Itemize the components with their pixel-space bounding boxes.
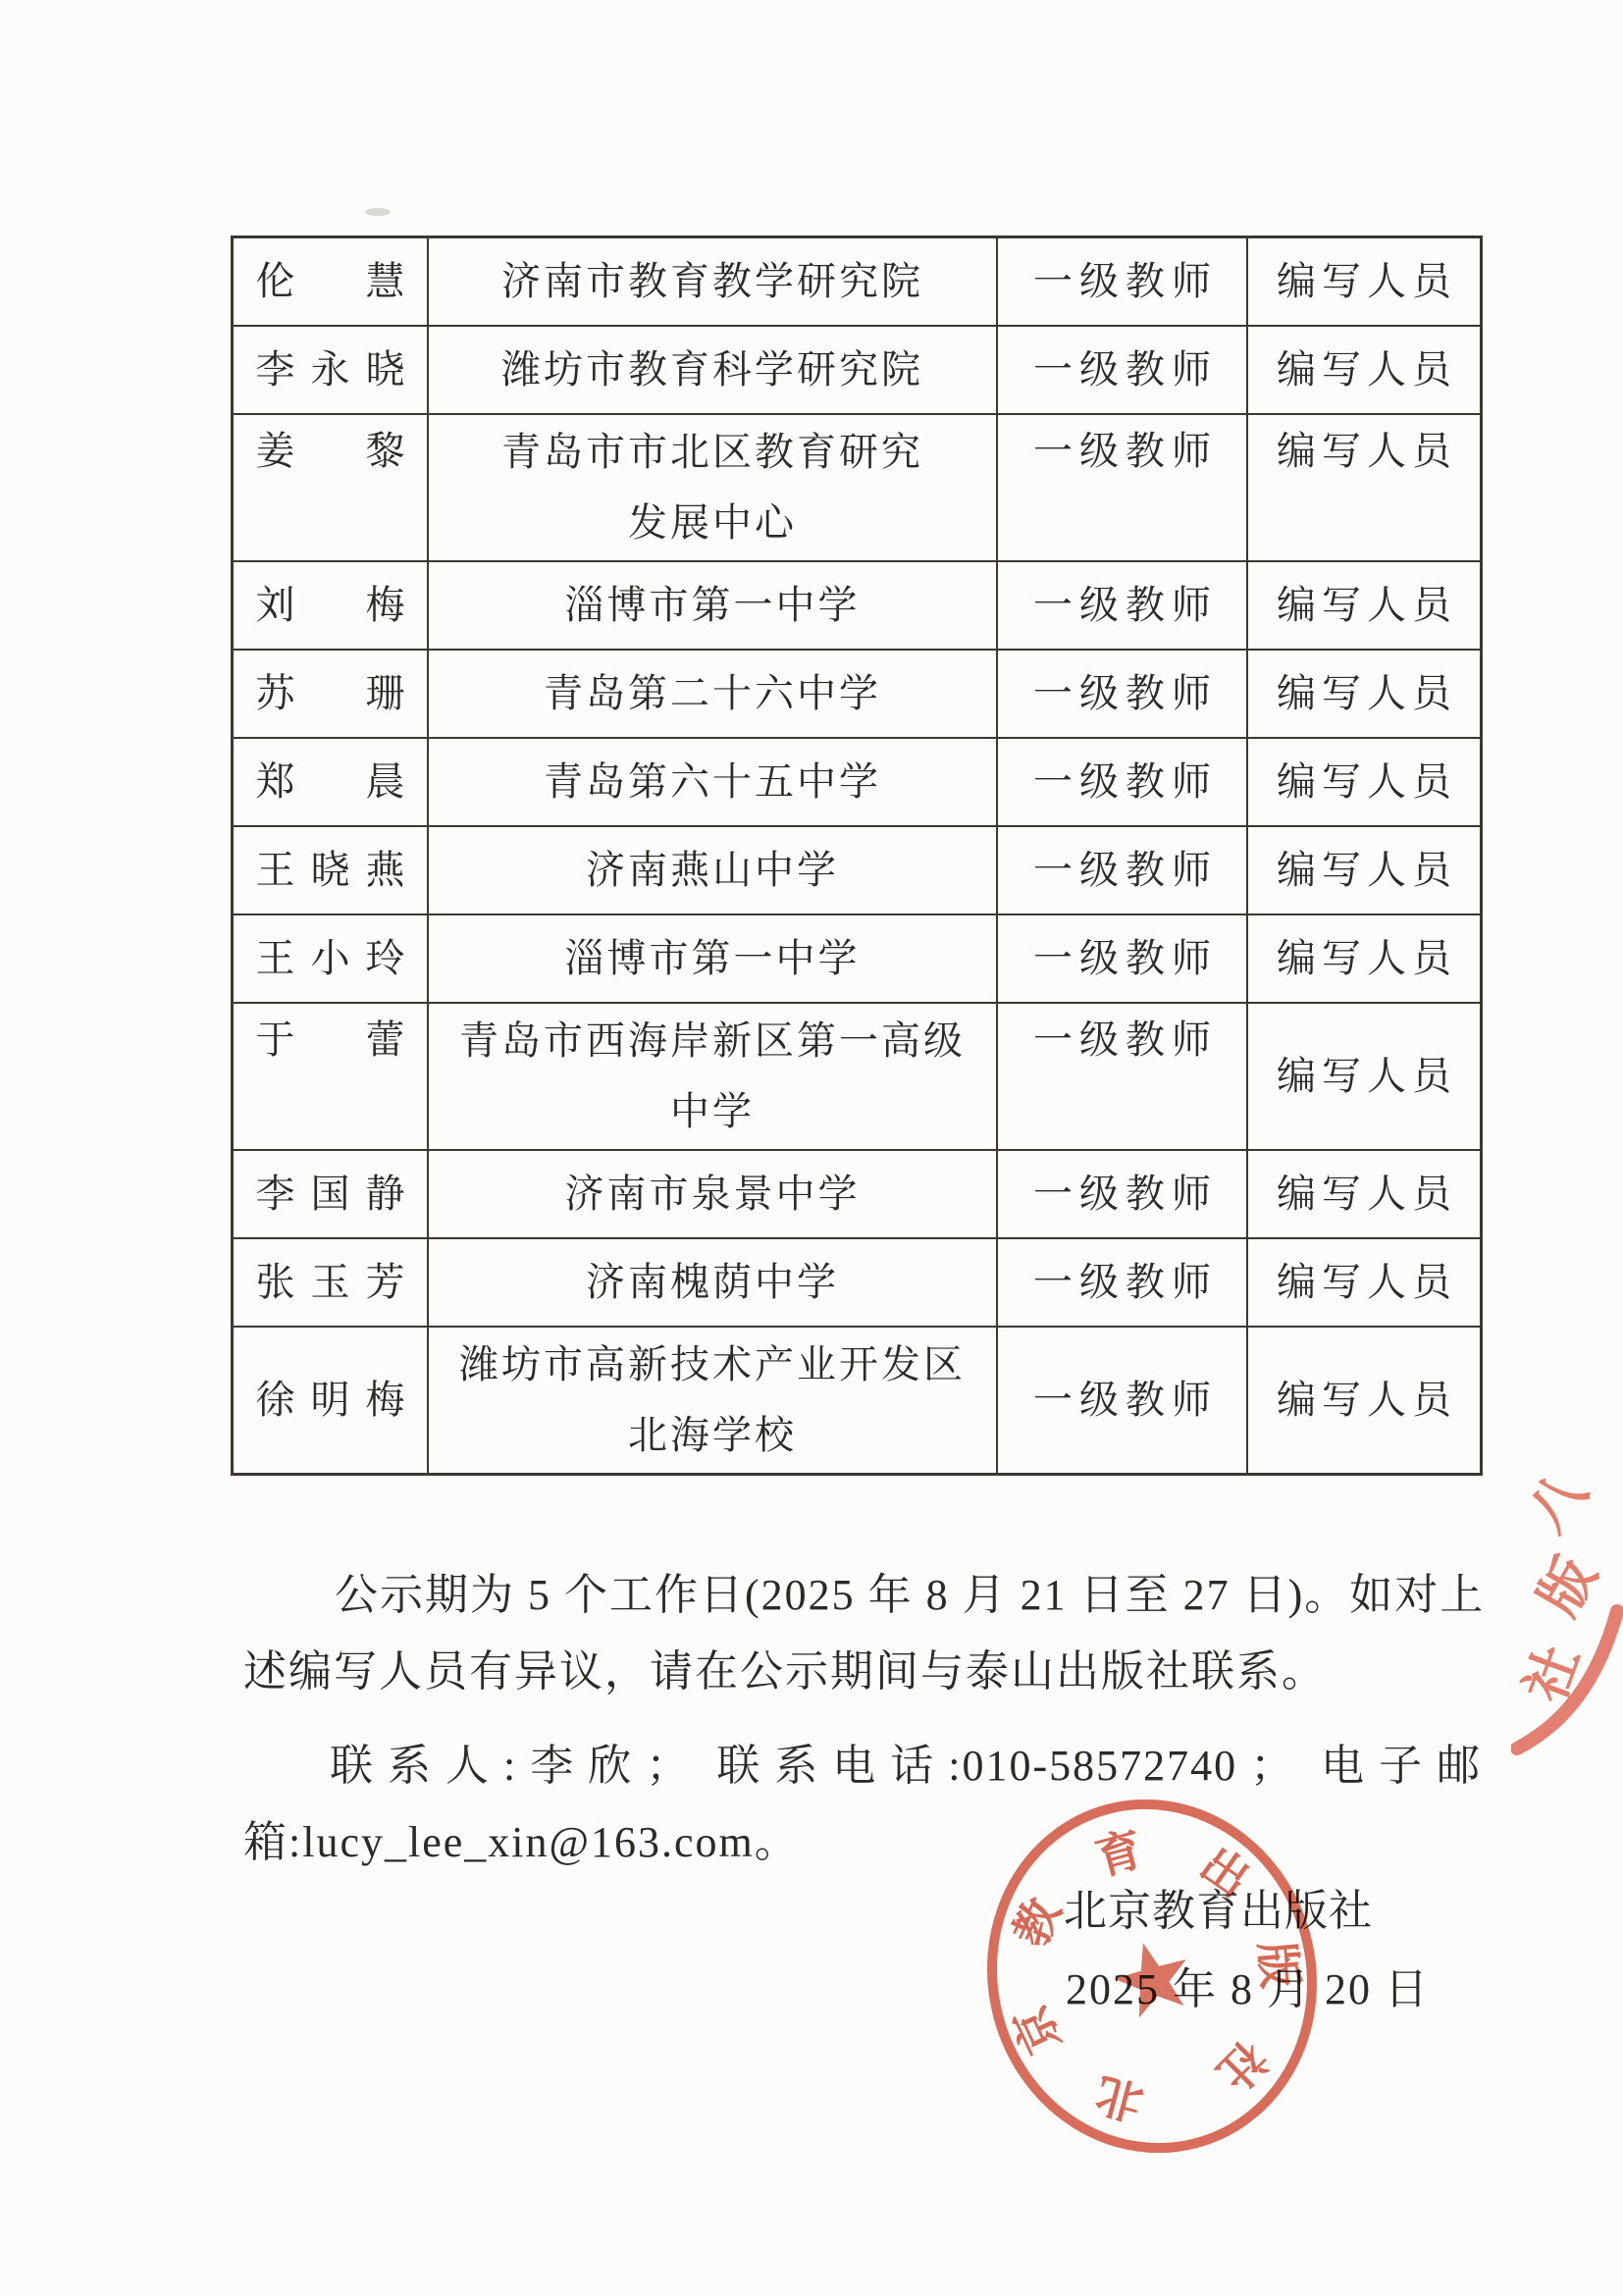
institution-cell: 济南市教育教学研究院 [427,238,996,325]
name-cell: 苏珊 [234,651,427,737]
person-name: 伦慧 [256,262,405,301]
name-cell: 徐明梅 [234,1328,427,1473]
institution-cell: 济南市泉景中学 [427,1151,996,1237]
table-row: 刘梅淄博市第一中学一级教师编写人员 [234,560,1480,649]
title-text: 一级教师 [1026,350,1218,390]
institution-cell: 青岛第六十五中学 [427,739,996,825]
table-row: 徐明梅潍坊市高新技术产业开发区北海学校一级教师编写人员 [234,1326,1480,1473]
title-cell: 一级教师 [996,827,1246,913]
role-text: 编写人员 [1271,1381,1457,1420]
person-name: 苏珊 [256,674,405,713]
role-cell: 编写人员 [1246,827,1480,913]
name-cell: 李永晓 [234,327,427,413]
notice-paragraph-line-2: 述编写人员有异议，请在公示期间与泰山出版社联系。 [243,1646,1327,1697]
title-cell: 一级教师 [996,651,1246,737]
table-row: 苏珊青岛第二十六中学一级教师编写人员 [234,649,1480,737]
institution-cell: 淄博市第一中学 [427,562,996,649]
name-cell: 刘梅 [234,562,427,649]
institution-line: 北海学校 [628,1400,797,1471]
title-cell: 一级教师 [996,415,1246,560]
name-cell: 郑晨 [234,739,427,825]
role-text: 编写人员 [1271,350,1457,390]
table-row: 伦慧济南市教育教学研究院一级教师编写人员 [234,238,1480,325]
role-cell: 编写人员 [1246,238,1480,325]
notice-paragraph-line-1: 公示期为 5 个工作日(2025 年 8 月 21 日至 27 日)。如对上 [335,1570,1485,1621]
edge-partial-seal-icon: 八 版 社 [1511,1403,1623,1796]
title-text: 一级教师 [1026,674,1218,713]
table-row: 张玉芳济南槐荫中学一级教师编写人员 [234,1237,1480,1326]
person-name: 徐明梅 [256,1381,405,1420]
title-text: 一级教师 [1026,1381,1218,1420]
title-cell: 一级教师 [996,1239,1246,1326]
institution-cell: 青岛市西海岸新区第一高级中学 [427,1004,996,1149]
person-name: 于蕾 [256,1004,405,1076]
title-text: 一级教师 [1026,1004,1218,1076]
title-cell: 一级教师 [996,1328,1246,1473]
institution-line: 发展中心 [628,488,797,558]
institution-cell: 青岛市市北区教育研究发展中心 [427,415,996,560]
title-cell: 一级教师 [996,1151,1246,1237]
person-name: 郑晨 [256,762,405,802]
institution-line: 淄博市第一中学 [565,915,861,1002]
official-seal-icon: 北京教育出版社 [973,1788,1331,2165]
institution-line: 济南市泉景中学 [565,1151,861,1237]
document-page: 伦慧济南市教育教学研究院一级教师编写人员李永晓潍坊市教育科学研究院一级教师编写人… [0,0,1623,2296]
table-row: 李国静济南市泉景中学一级教师编写人员 [234,1149,1480,1237]
role-cell: 编写人员 [1246,562,1480,649]
contact-line: 联 系 人 : 李 欣 ； 联 系 电 话 :010-58572740 ； 电 … [330,1741,1482,1792]
title-text: 一级教师 [1026,415,1218,488]
institution-cell: 潍坊市教育科学研究院 [427,327,996,413]
institution-cell: 济南槐荫中学 [427,1239,996,1326]
table-row: 王晓燕济南燕山中学一级教师编写人员 [234,825,1480,913]
institution-cell: 淄博市第一中学 [427,915,996,1002]
title-cell: 一级教师 [996,562,1246,649]
institution-line: 潍坊市教育科学研究院 [501,327,923,413]
person-name: 王晓燕 [256,851,405,890]
personnel-table: 伦慧济南市教育教学研究院一级教师编写人员李永晓潍坊市教育科学研究院一级教师编写人… [231,235,1483,1476]
name-cell: 姜黎 [234,415,427,560]
name-cell: 于蕾 [234,1004,427,1149]
institution-cell: 潍坊市高新技术产业开发区北海学校 [427,1328,996,1473]
institution-line: 青岛市市北区教育研究 [501,417,923,488]
seal-character: 育 [1090,1824,1148,1885]
title-text: 一级教师 [1026,762,1218,802]
name-cell: 李国静 [234,1151,427,1237]
institution-line: 淄博市第一中学 [565,562,861,649]
role-text: 编写人员 [1271,1174,1457,1214]
seal-character: 教 [1005,1891,1071,1955]
table-row: 于蕾青岛市西海岸新区第一高级中学一级教师编写人员 [234,1002,1480,1149]
title-cell: 一级教师 [996,327,1246,413]
institution-line: 青岛第六十五中学 [544,739,881,825]
title-cell: 一级教师 [996,739,1246,825]
person-name: 李国静 [256,1174,405,1214]
table-row: 姜黎青岛市市北区教育研究发展中心一级教师编写人员 [234,413,1480,560]
role-cell: 编写人员 [1246,327,1480,413]
role-cell: 编写人员 [1246,1239,1480,1326]
institution-line: 济南燕山中学 [586,827,839,913]
svg-text:版: 版 [1529,1547,1609,1625]
role-text: 编写人员 [1271,851,1457,890]
role-text: 编写人员 [1271,262,1457,301]
role-cell: 编写人员 [1246,1151,1480,1237]
institution-cell: 青岛第二十六中学 [427,651,996,737]
institution-line: 济南市教育教学研究院 [501,238,923,325]
name-cell: 张玉芳 [234,1239,427,1326]
institution-line: 潍坊市高新技术产业开发区 [459,1330,966,1400]
role-cell: 编写人员 [1246,651,1480,737]
table-row: 王小玲淄博市第一中学一级教师编写人员 [234,913,1480,1002]
role-text: 编写人员 [1271,1263,1457,1302]
role-text: 编写人员 [1271,1057,1457,1096]
table-row: 郑晨青岛第六十五中学一级教师编写人员 [234,737,1480,825]
person-name: 李永晓 [256,350,405,390]
role-text: 编写人员 [1271,939,1457,978]
title-text: 一级教师 [1026,1174,1218,1214]
table-row: 李永晓潍坊市教育科学研究院一级教师编写人员 [234,325,1480,413]
seal-character: 社 [1207,2031,1276,2100]
institution-line: 青岛第二十六中学 [544,651,881,737]
person-name: 张玉芳 [256,1263,405,1302]
role-text: 编写人员 [1271,762,1457,802]
title-cell: 一级教师 [996,915,1246,1002]
title-text: 一级教师 [1026,1263,1218,1302]
role-cell: 编写人员 [1246,415,1480,560]
person-name: 刘梅 [256,586,405,625]
name-cell: 王小玲 [234,915,427,1002]
role-text: 编写人员 [1271,415,1457,488]
role-cell: 编写人员 [1246,915,1480,1002]
institution-cell: 济南燕山中学 [427,827,996,913]
person-name: 王小玲 [256,939,405,978]
role-text: 编写人员 [1271,674,1457,713]
seal-character: 北 [1090,2066,1148,2127]
institution-line: 济南槐荫中学 [586,1239,839,1326]
seal-character: 出 [1190,1839,1257,1907]
title-text: 一级教师 [1026,586,1218,625]
title-text: 一级教师 [1026,939,1218,978]
seal-star-icon [1107,1933,1197,2021]
role-cell: 编写人员 [1246,1004,1480,1149]
title-cell: 一级教师 [996,1004,1246,1149]
seal-character: 版 [1250,1940,1305,1990]
title-text: 一级教师 [1026,851,1218,890]
svg-text:八: 八 [1517,1462,1598,1542]
title-text: 一级教师 [1026,262,1218,301]
role-cell: 编写人员 [1246,1328,1480,1473]
name-cell: 王晓燕 [234,827,427,913]
institution-line: 青岛市西海岸新区第一高级 [459,1006,966,1076]
name-cell: 伦慧 [234,238,427,325]
role-cell: 编写人员 [1246,739,1480,825]
role-text: 编写人员 [1271,586,1457,625]
scan-speck [365,208,391,216]
contact-email-line: 箱:lucy_lee_xin@163.com。 [243,1817,800,1868]
title-cell: 一级教师 [996,238,1246,325]
institution-line: 中学 [670,1076,755,1147]
person-name: 姜黎 [256,415,405,488]
